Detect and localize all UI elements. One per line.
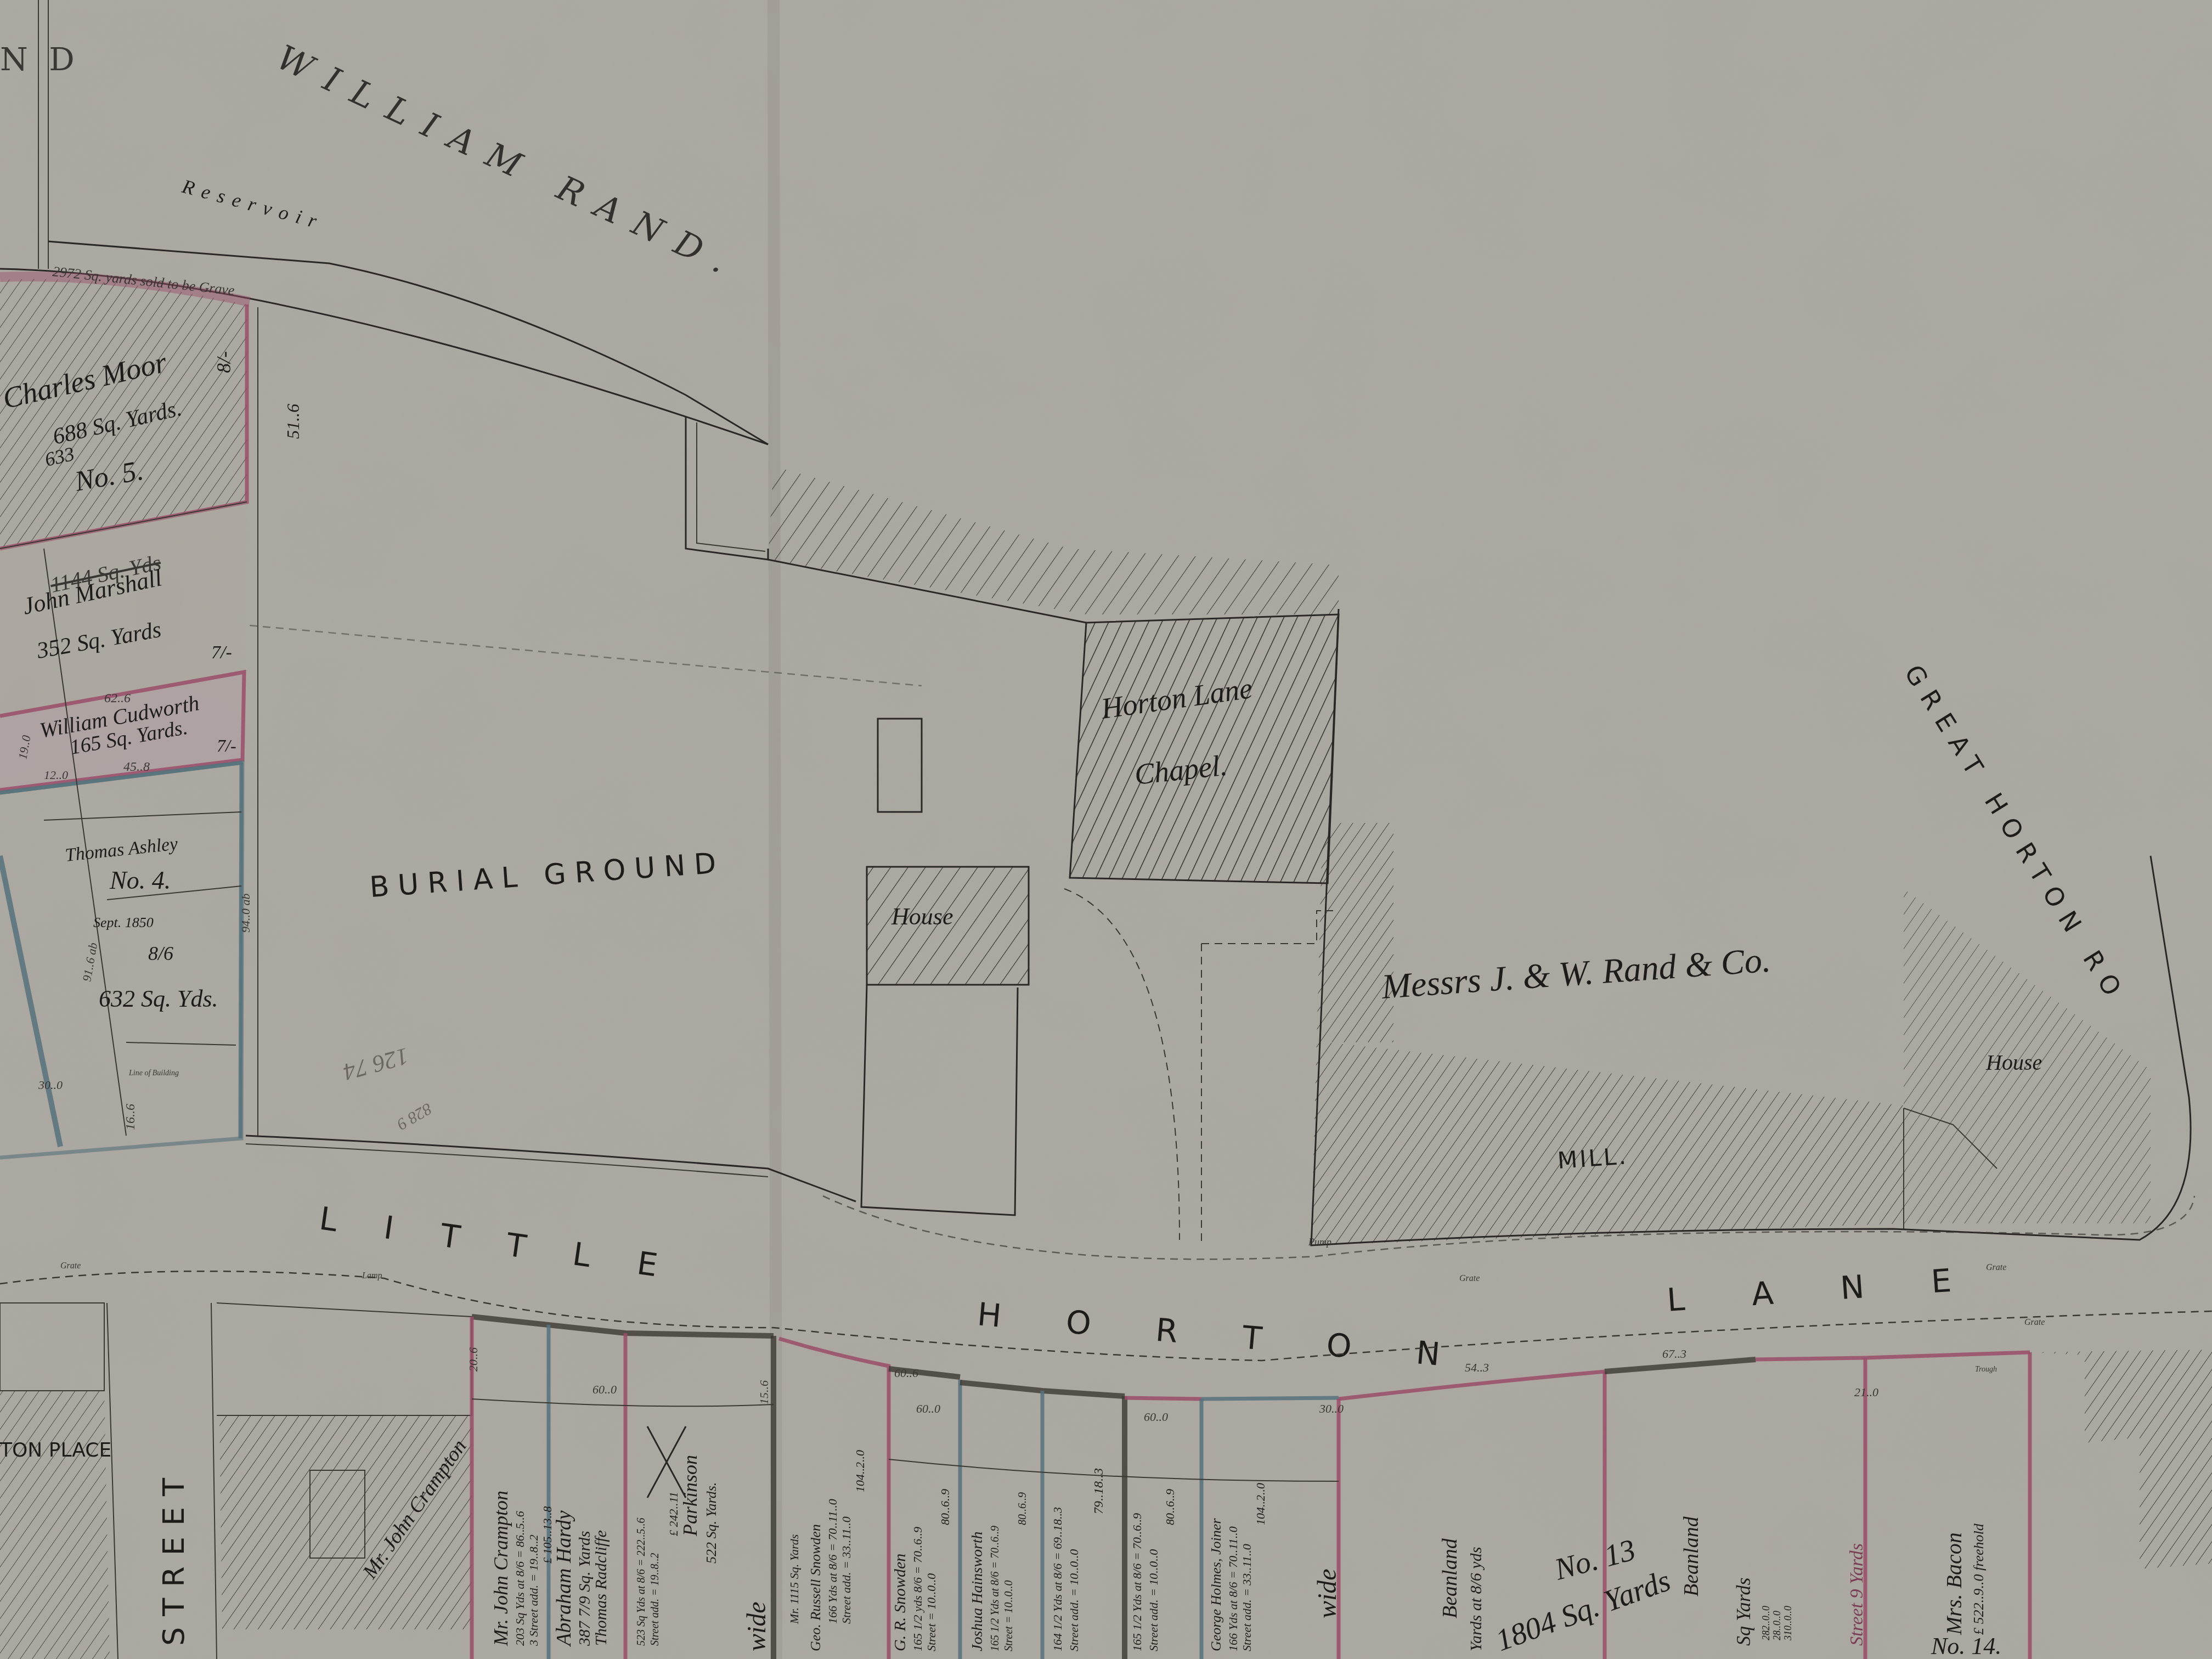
- svg-text:Beanland: Beanland: [1680, 1516, 1703, 1596]
- svg-text:523 Sq Yds at 8/6 = 222..5..6: 523 Sq Yds at 8/6 = 222..5..6: [635, 1517, 647, 1646]
- svg-text:Abraham Hardy: Abraham Hardy: [552, 1510, 575, 1647]
- label-house-center: House: [891, 903, 953, 930]
- svg-text:Geo. Russell Snowden: Geo. Russell Snowden: [808, 1524, 823, 1651]
- svg-text:Street 9 Yards: Street 9 Yards: [1847, 1543, 1867, 1646]
- svg-text:60..0: 60..0: [1144, 1410, 1168, 1424]
- label-pump: Pump: [1308, 1237, 1331, 1248]
- svg-text:Parkinson: Parkinson: [679, 1455, 701, 1537]
- label-street-wide-2: wide: [1313, 1568, 1342, 1618]
- label-dim-12-0: 12..0: [44, 768, 68, 782]
- svg-text:104..2..0: 104..2..0: [853, 1450, 867, 1492]
- svg-text:Mr. John Crampton: Mr. John Crampton: [490, 1491, 512, 1646]
- svg-text:3 Street add. = 19..8..2: 3 Street add. = 19..8..2: [527, 1534, 540, 1646]
- label-house-right: House: [1985, 1050, 2042, 1075]
- svg-text:310..0..0: 310..0..0: [1782, 1606, 1793, 1641]
- svg-text:166 Yds at 8/6 = 70..11..0: 166 Yds at 8/6 = 70..11..0: [826, 1499, 839, 1624]
- svg-text:522 Sq. Yards.: 522 Sq. Yards.: [703, 1482, 719, 1564]
- svg-text:Street add. = 10..0..0: Street add. = 10..0..0: [1147, 1549, 1160, 1651]
- svg-text:164 1/2 Yds at 8/6 = 69..18..3: 164 1/2 Yds at 8/6 = 69..18..3: [1051, 1507, 1064, 1651]
- svg-text:Mrs. Bacon: Mrs. Bacon: [1942, 1532, 1966, 1635]
- svg-text:79..18..3: 79..18..3: [1092, 1468, 1106, 1514]
- label-street-wide-1: wide: [742, 1601, 771, 1651]
- svg-text:165 1/2 Yds at 8/6 = 70..6..9: 165 1/2 Yds at 8/6 = 70..6..9: [989, 1526, 1001, 1651]
- svg-text:Street add. = 10..0..0: Street add. = 10..0..0: [1067, 1549, 1081, 1651]
- svg-text:28..0..0: 28..0..0: [1771, 1611, 1782, 1640]
- svg-text:21..0: 21..0: [1854, 1385, 1878, 1399]
- svg-text:Street = 10..0..0: Street = 10..0..0: [1003, 1581, 1015, 1651]
- svg-text:166 Yds at 8/6 = 70..11..0: 166 Yds at 8/6 = 70..11..0: [1226, 1526, 1240, 1651]
- svg-text:60..6: 60..6: [894, 1366, 918, 1380]
- label-grate-1: Grate: [1459, 1274, 1480, 1283]
- svg-text:Street = 10..0..0: Street = 10..0..0: [924, 1573, 938, 1651]
- svg-text:80..6..9: 80..6..9: [1017, 1492, 1029, 1525]
- label-dim-94-0: 94..0 ab: [239, 894, 252, 933]
- svg-text:54..3: 54..3: [1465, 1361, 1489, 1374]
- label-trough: Trough: [1975, 1365, 1997, 1374]
- svg-text:£ 242..11: £ 242..11: [667, 1492, 680, 1536]
- svg-text:165 1/2 Yds at 8/6 = 70..6..9: 165 1/2 Yds at 8/6 = 70..6..9: [1130, 1513, 1144, 1651]
- svg-text:15..6: 15..6: [757, 1380, 771, 1404]
- svg-text:Thomas Radcliffe: Thomas Radcliffe: [592, 1530, 610, 1646]
- svg-text:George Holmes, Joiner: George Holmes, Joiner: [1208, 1518, 1224, 1651]
- svg-text:Mr. 1115 Sq. Yards: Mr. 1115 Sq. Yards: [787, 1534, 801, 1624]
- label-line-of-building: Line of Building: [128, 1069, 179, 1077]
- label-thomas-ashley-area: 632 Sq. Yds.: [99, 985, 218, 1012]
- svg-text:G. R. Snowden: G. R. Snowden: [891, 1554, 909, 1651]
- svg-text:Street add. = 19..8..2: Street add. = 19..8..2: [649, 1553, 661, 1646]
- label-thomas-ashley-price: 8/6: [148, 943, 173, 964]
- svg-text:Beanland: Beanland: [1438, 1538, 1462, 1618]
- svg-text:387 7/9 Sq. Yards: 387 7/9 Sq. Yards: [575, 1531, 594, 1646]
- label-mill: MILL.: [1556, 1142, 1629, 1174]
- svg-text:80..6..9: 80..6..9: [1163, 1489, 1177, 1525]
- svg-text:20..6: 20..6: [466, 1347, 480, 1372]
- estate-map: Charles Moor 688 Sq. Yards. 633 No. 5. 8…: [0, 0, 2212, 1659]
- svg-text:60..0: 60..0: [592, 1383, 617, 1396]
- label-grate-2: Grate: [1986, 1263, 2006, 1272]
- svg-text:67..3: 67..3: [1662, 1347, 1686, 1361]
- svg-text:No. 14.: No. 14.: [1931, 1633, 2001, 1659]
- label-dim-30-0: 30..0: [38, 1078, 63, 1092]
- svg-text:60..0: 60..0: [916, 1402, 940, 1415]
- label-sale-date: Sept. 1850: [93, 915, 154, 930]
- svg-text:282..0..0: 282..0..0: [1760, 1606, 1771, 1640]
- svg-text:Street add. = 33..11..0: Street add. = 33..11..0: [1240, 1544, 1254, 1651]
- svg-text:203 Sq Yds at 8/6 = 86..5..6: 203 Sq Yds at 8/6 = 86..5..6: [513, 1511, 527, 1646]
- svg-text:Yards at 8/6 yds: Yards at 8/6 yds: [1467, 1547, 1485, 1651]
- label-dimension-51-6: 51..6: [283, 404, 303, 439]
- svg-text:£ 522..9..0 freehold: £ 522..9..0 freehold: [1971, 1523, 1987, 1635]
- label-john-marshall-price: 7/-: [211, 642, 232, 663]
- svg-text:80..6..9: 80..6..9: [938, 1489, 952, 1525]
- label-partial-street-top-left: N D: [0, 41, 80, 78]
- svg-text:Sq Yards: Sq Yards: [1733, 1578, 1754, 1646]
- svg-text:Street add. = 33..11..0: Street add. = 33..11..0: [839, 1516, 853, 1624]
- label-lamp: Lamp: [362, 1271, 382, 1280]
- label-street: STREET: [156, 1467, 191, 1646]
- horton-lane-chapel[interactable]: Horton Lane Chapel.: [1070, 614, 1339, 883]
- svg-text:104..2..0: 104..2..0: [1254, 1483, 1267, 1525]
- label-dim-16-6: 16..6: [123, 1104, 138, 1130]
- label-charles-moor-price: 8/-: [213, 351, 235, 373]
- svg-text:30..0: 30..0: [1319, 1402, 1344, 1415]
- label-grate-3: Grate: [2024, 1318, 2045, 1327]
- label-grate-0: Grate: [60, 1261, 81, 1271]
- svg-text:165 1/2 yds 8/6 = 70..6..9: 165 1/2 yds 8/6 = 70..6..9: [911, 1527, 924, 1651]
- label-william-cudworth-price: 7/-: [217, 736, 236, 755]
- label-dim-45-8: 45..8: [123, 760, 150, 774]
- svg-text:Joshua Hainsworth: Joshua Hainsworth: [969, 1531, 986, 1651]
- label-plot-no-4: No. 4.: [109, 866, 171, 894]
